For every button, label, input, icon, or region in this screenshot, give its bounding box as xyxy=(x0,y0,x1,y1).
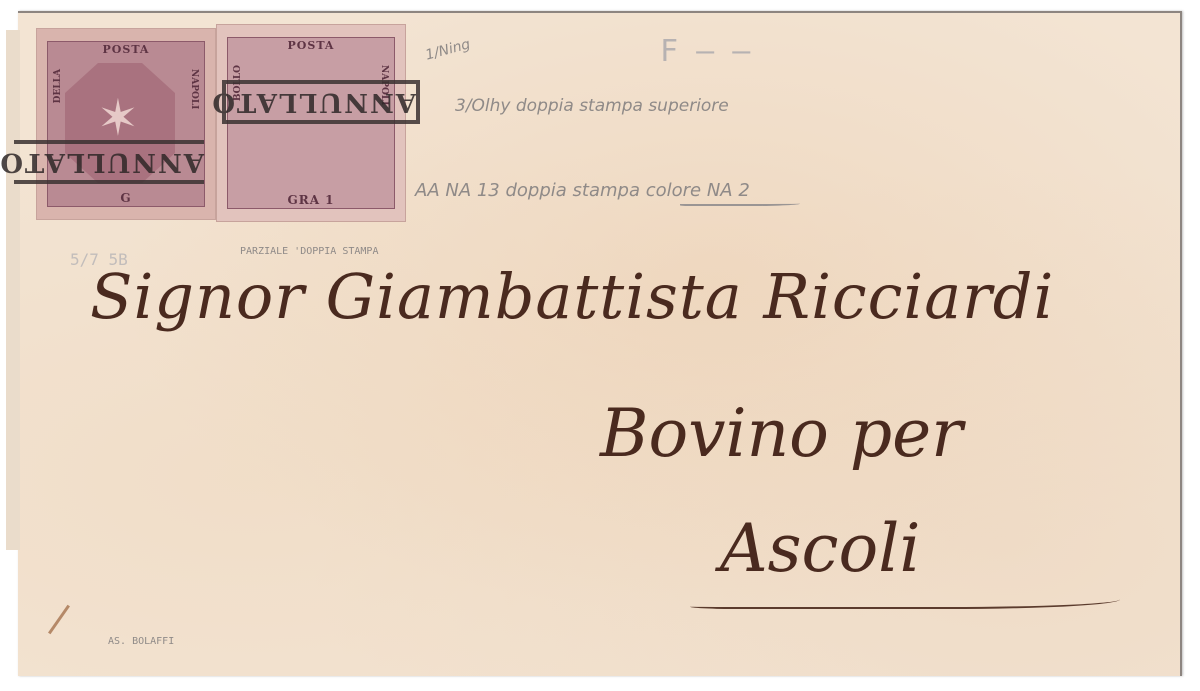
stamp-top-text: POSTA xyxy=(217,39,405,52)
stamp-value: GRA 1 xyxy=(217,193,405,207)
pencil-note: PARZIALE 'DOPPIA STAMPA xyxy=(240,245,380,259)
pencil-note: 3/Olhy doppia stampa superiore xyxy=(455,96,729,116)
stamp-side-left: DELLA xyxy=(53,69,63,103)
pencil-underline xyxy=(680,200,800,206)
address-underline xyxy=(690,585,1120,609)
cover-left-fold xyxy=(6,30,20,550)
cancellation-mark: ANNULLATO xyxy=(222,80,420,124)
pencil-note: F — — xyxy=(660,34,750,69)
address-line: Ascoli xyxy=(720,510,920,587)
stamp-top-text: POSTA xyxy=(37,43,215,56)
stamp-side-right: NAPOLI xyxy=(189,69,199,109)
address-line: Signor Giambattista Ricciardi xyxy=(90,260,1054,333)
address-line: Bovino per xyxy=(600,395,963,472)
expert-signature: AS. BOLAFFI xyxy=(108,636,174,647)
stamp-trinacria: ✶ POSTA DELLA NAPOLI G xyxy=(36,28,216,220)
stamp-value: G xyxy=(37,191,215,205)
pencil-note: AA NA 13 doppia stampa colore NA 2 xyxy=(415,180,750,201)
cancellation-mark: ANNULLATO xyxy=(14,140,204,184)
trinacria-icon: ✶ xyxy=(97,89,139,147)
